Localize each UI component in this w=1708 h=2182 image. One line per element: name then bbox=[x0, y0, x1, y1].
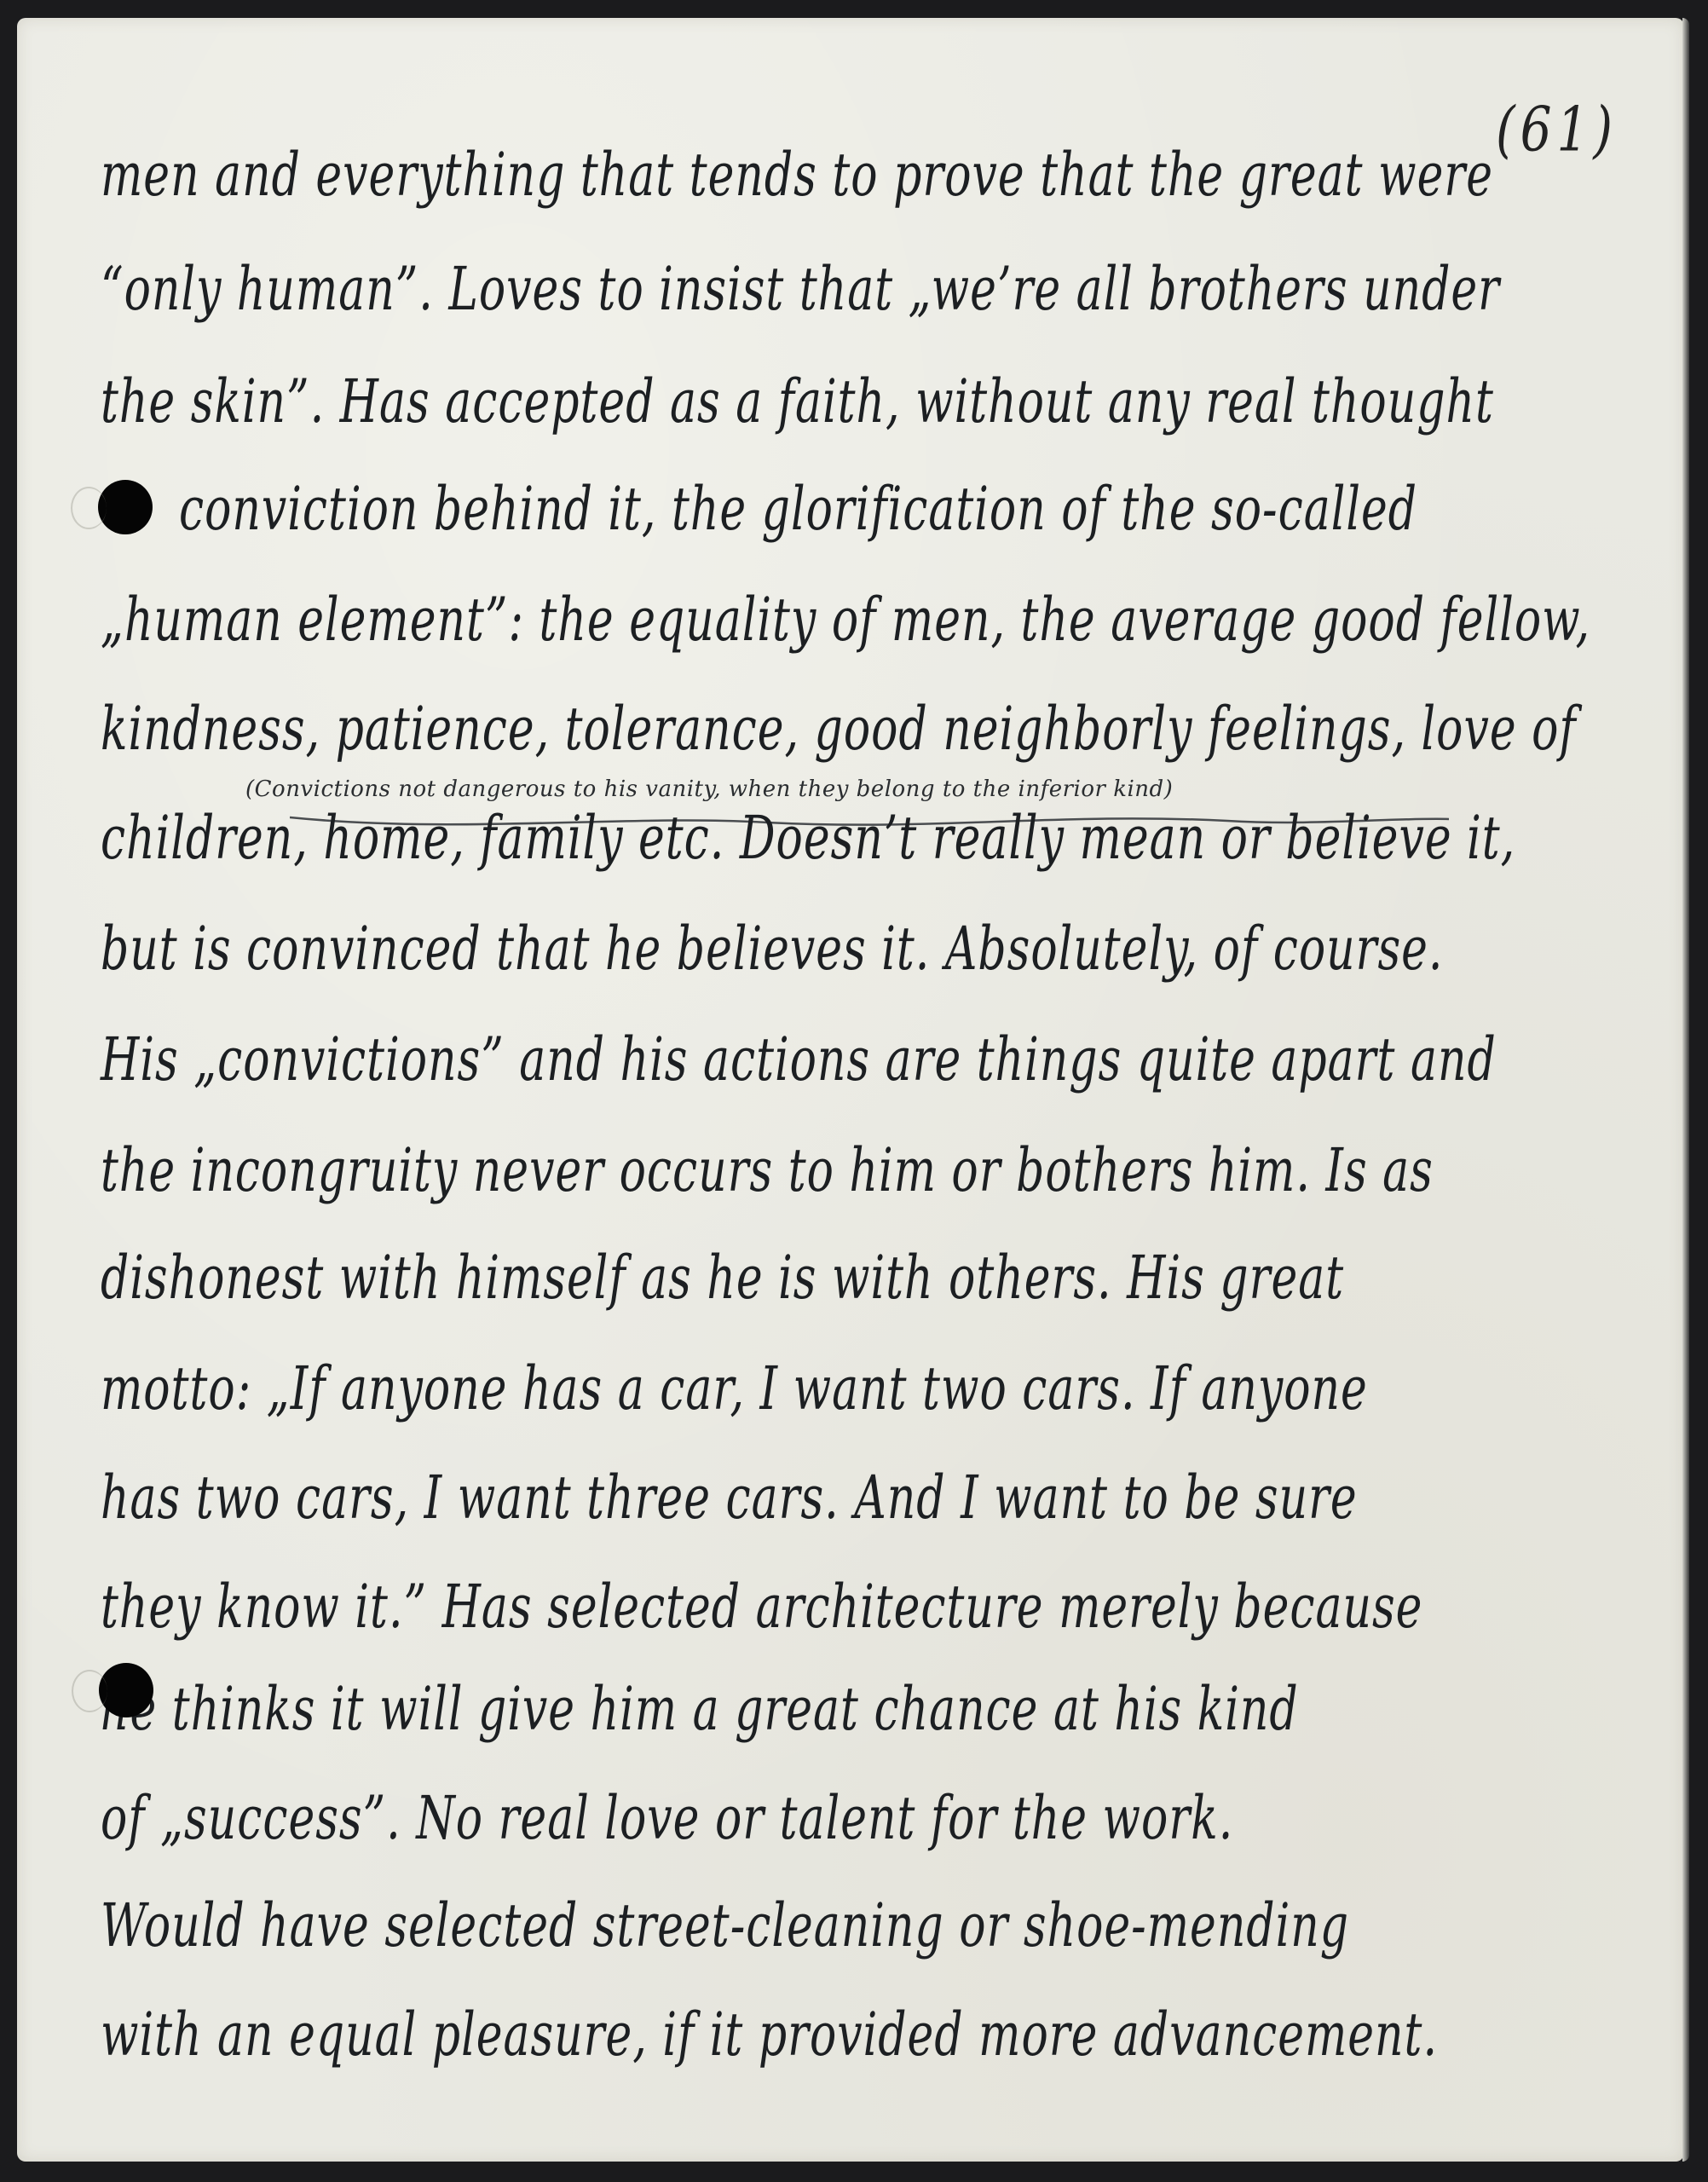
punch-hole-bottom bbox=[99, 1663, 153, 1717]
manuscript-line-6: kindness, patience, tolerance, good neig… bbox=[101, 700, 1584, 759]
manuscript-line-16: of „success”. No real love or talent for… bbox=[101, 1789, 1584, 1849]
manuscript-line-5: „human element”: the equality of men, th… bbox=[101, 591, 1584, 650]
manuscript-line-10: the incongruity never occurs to him or b… bbox=[101, 1141, 1584, 1201]
punch-hole-top bbox=[98, 480, 153, 534]
manuscript-line-9: His „convictions” and his actions are th… bbox=[101, 1030, 1584, 1090]
interlinear-insertion: (Convictions not dangerous to his vanity… bbox=[245, 776, 1173, 802]
manuscript-line-11: dishonest with himself as he is with oth… bbox=[101, 1249, 1584, 1308]
manuscript-line-14: they know it.” Has selected architecture… bbox=[101, 1578, 1584, 1637]
manuscript-line-8: but is convinced that he believes it. Ab… bbox=[101, 920, 1584, 979]
manuscript-line-3: the skin”. Has accepted as a faith, with… bbox=[101, 372, 1584, 432]
manuscript-page: (61) men and everything that tends to pr… bbox=[17, 18, 1684, 2162]
manuscript-line-12: motto: „If anyone has a car, I want two … bbox=[101, 1359, 1584, 1419]
manuscript-line-1: men and everything that tends to prove t… bbox=[101, 146, 1584, 205]
manuscript-line-15: he thinks it will give him a great chanc… bbox=[101, 1680, 1584, 1740]
manuscript-line-7: children, home, family etc. Doesn’t real… bbox=[101, 809, 1584, 869]
manuscript-line-17: Would have selected street-cleaning or s… bbox=[101, 1896, 1584, 1956]
manuscript-line-18: with an equal pleasure, if it provided m… bbox=[101, 2006, 1584, 2065]
manuscript-line-13: has two cars, I want three cars. And I w… bbox=[101, 1469, 1584, 1528]
page-edge bbox=[1682, 18, 1689, 2162]
manuscript-line-2: “only human”. Loves to insist that „we’r… bbox=[101, 260, 1584, 320]
manuscript-line-4: conviction behind it, the glorification … bbox=[179, 480, 1577, 540]
